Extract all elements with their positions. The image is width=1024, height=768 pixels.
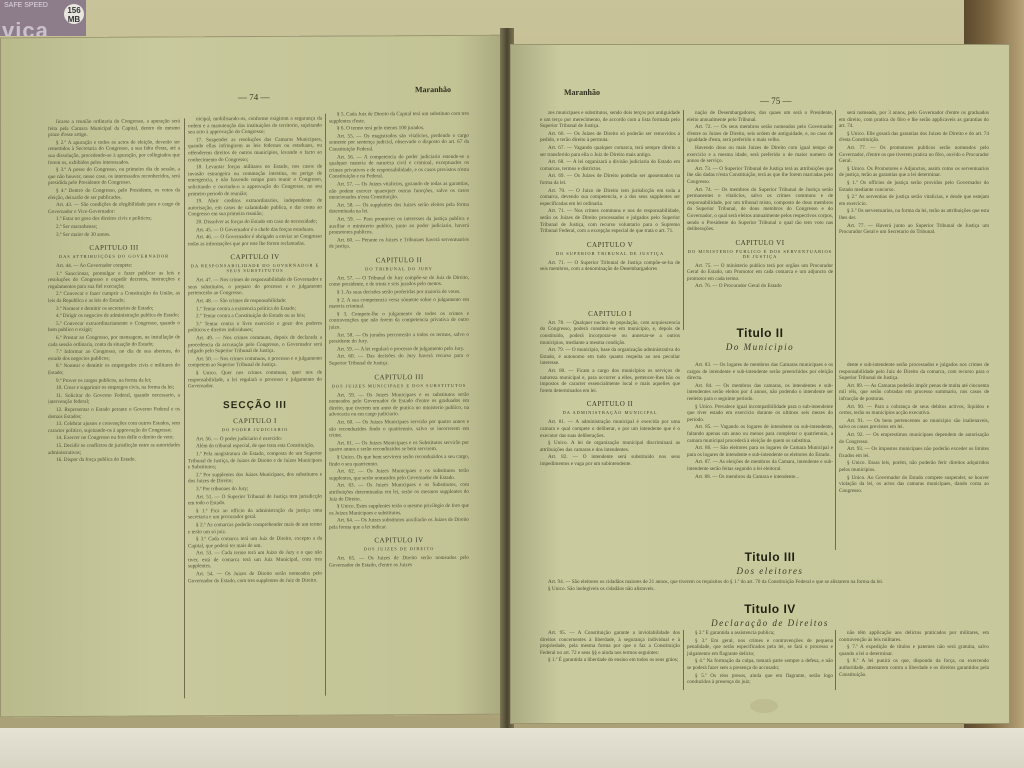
paragraph: Art. 69. — Os Juizes de Direito poderão … [540,173,680,186]
paragraph: 16. Dispor da força publica do Estado. [48,457,180,464]
paragraph: Art. 82. — O intendente será substituido… [540,454,680,467]
paragraph: 14. Exercer no Congresso ou fora delle o… [48,435,180,442]
titulo-heading: Titulo II [680,326,840,340]
chapter-heading: CAPITULO IV [188,253,322,262]
right-column-3: será nomeado, por 3 annos, pelo Governad… [839,110,989,335]
paragraph: Art. 61. — Os Juizes Municipaes e os Sub… [329,440,469,454]
column-rule [683,110,684,330]
paragraph: § 7.º A expedição de títulos e patentes … [839,644,989,657]
paragraph: § Unico. Os que bem servirem serão recon… [329,454,469,468]
paragraph: Art. 83. — Os logares de membros das Cam… [687,362,833,382]
paragraph: § 3.º Em geral, nos crimes e contravençõ… [687,638,833,658]
paragraph: será nomeado, por 3 annos, pelo Governad… [839,110,989,130]
chapter-subheading: DAS ATTRIBUIÇÕES DO GOVERNADOR [48,253,180,259]
chapter-heading: CAPITULO IV [329,536,469,545]
paragraph: Art. 67. — Vagando qualquer comarca, ter… [540,145,680,158]
paragraph: Art. 54. — Os Juizes de Direito serão no… [188,571,322,585]
table-surface [0,728,1024,768]
paragraph: Art. 59. — Para promover os interesses d… [329,216,469,237]
chapter-subheading: DOS JUIZES DE DIREITO [329,546,469,552]
paragraph: § Unico. Ao Governador do Estado compete… [839,475,989,495]
paragraph: 13. Celebrar ajustes e convenções com ou… [48,421,180,435]
paragraph: Art. 85. — Vagando os logares de intende… [687,424,833,444]
chapter-subheading: DO MINISTERIO PUBLICO E DOS SERVENTUARIO… [687,249,833,259]
titulo-subheading: Do Municipio [680,342,840,352]
titulo3-text: Art. 94. — São eleitores os cidadãos mai… [540,579,990,592]
paragraph: Art. 60. — Perante os Juizes e Tribunaes… [329,237,469,251]
left-column-3: § 5. Cada Juiz de Direito da Capital ter… [329,111,469,697]
text-block: nação de Desembargadores, dos quaes um s… [687,110,833,233]
paragraph: Art. 79. — O municipio, base da organiza… [540,347,680,367]
paragraph: § 6. O termo terá pelo menos 100 jurados… [329,125,469,132]
paragraph: Art. 64. — Os Juizes substitutos auxilia… [329,517,469,531]
column-rule [184,118,185,698]
paragraph: 3.º Por tribunaes do Jury; [188,486,322,493]
paragraph: § 2.º As comarcas poderão comprehender m… [188,522,322,536]
paragraph: Art. 44. — Ao Governador compete: [48,262,180,269]
chapter-subheading: DOS JUIZES MUNICIPAES E DOS SUBSTITUTOS [329,382,469,388]
paragraph: Art. 45. — O Governador é o chefe das fo… [188,226,322,233]
running-head: Maranhão [564,88,600,97]
text-block: Art. 75. — O ministerio publico terá por… [687,263,833,290]
right-column-3-lower: dente e sub-intendente serão processados… [839,362,989,542]
right-column-1: zes municipaes e substitutos, sendo dois… [540,110,680,550]
titulo4-column-1: Art. 95. — A Constituição garante a invi… [540,630,680,690]
paragraph: Art. 81. — A administração municipal é e… [540,419,680,439]
page-number: — 74 — [238,92,270,102]
paragraph: Art. 74. — Os membros do Superior Tribun… [687,187,833,233]
chapter-subheading: DO SUPERIOR TRIBUNAL DE JUSTIÇA [540,251,680,256]
column-rule [835,630,836,690]
paragraph: Art. 88. — Os membros da Camara e intend… [687,474,833,481]
left-column-1: licarse a reunião ordinaria do Congresso… [48,118,180,704]
paragraph: § 3. Compete-lhe o julgamento de todos o… [329,311,469,332]
paragraph: zes municipaes e substitutos, sendo dois… [540,110,680,130]
paragraph: Art. 47. — Nos crimes de responsabilidad… [188,277,322,297]
paragraph: Art. 62. — Os Juizes Municipaes e os sub… [329,468,469,482]
paragraph: 1.º Sanccionar, promulgar e fazer public… [48,270,180,290]
paragraph: 5.º Convocar extraordinariamente o Congr… [48,320,180,334]
paragraph: Art. 80. — Ficam a cargo dos municipios … [540,368,680,394]
paragraph: § Unico. Os Promotores e Adjunctos, assi… [839,166,989,179]
paragraph: 11. Solicitar do Governo Federal, quando… [48,392,180,406]
paragraph: § 2.º As serventias de justiça serão vit… [839,194,989,207]
paragraph: Art. 55. — Os magistrados são vitalicios… [329,133,469,154]
titulo4-column-2: § 2.º É garantida a assistencia publica;… [687,630,833,690]
paragraph: Art. 91. — Os bens pertencentes ao munic… [839,418,989,431]
paper-stain [750,699,778,713]
paragraph: 3.º Tentar contra o livre exercicio e go… [188,320,322,334]
titulo-subheading: Declaração de Direitos [690,618,850,628]
paragraph: Art. 43. — São condições de elegibilidad… [48,202,180,216]
paragraph: 1.º Tentar contra a existencia politica … [188,305,322,312]
paragraph: § 5.º Os réos presos, ainda que em flagr… [687,673,833,686]
paragraph: Havendo dous ou mais Juizes de Direito c… [687,145,833,165]
chapter-subheading: DA RESPONSABILIDADE DO GOVERNADOR E SEUS… [188,263,322,274]
paragraph: nicipal, mobilisando-os, conforme exigir… [188,116,322,136]
paragraph: Além do tribunal especial, de que trata … [188,443,322,450]
text-block: Art. 83. — Os logares de membros das Cam… [687,362,833,480]
paragraph: Art. 60. — Os Juizes Municipaes servirão… [329,419,469,440]
page-number: — 75 — [760,96,792,106]
paragraph: § 3.º Cada comarca terá um Juiz de Direi… [188,536,322,550]
paragraph: 3.º Nomear e demittir os secretarios de … [48,305,180,312]
paragraph: 1.º Pela magistratura do Estado, compost… [188,451,322,471]
titulo4-column-3: não têm applicação aos delictos praticad… [839,630,989,690]
paragraph: Art. 50. — Nos crimes communs, o process… [188,355,322,369]
text-block: § 5. Cada Juiz de Direito da Capital ter… [329,111,469,251]
paragraph: Art. 71. — Nos crimes communs e nos de r… [540,208,680,234]
paragraph: Art. 84. — Os membros das camaras, os in… [687,383,833,403]
paragraph: Art. 56. — A competencia do poder judici… [329,153,469,180]
paragraph: não têm applicação aos delictos praticad… [839,630,989,643]
text-block: Art. 81. — A administração municipal é e… [540,419,680,467]
text-block: Art. 44. — Ao Governador compete:1.º San… [48,262,180,463]
paragraph: § 8.º A lei punirá os que, dispondo da f… [839,658,989,678]
paragraph: 7.º Informar ao Congresso, no dia de sua… [48,349,180,363]
paragraph: Art. 46. — O Governador é obrigado a env… [188,234,322,248]
paragraph: 2.º Por supplentes dos Juizes Municipaes… [188,471,322,485]
text-block: Art. 65. — Os Juizes de Direito serão no… [329,555,469,569]
paragraph: Art. 94. — São eleitores os cidadãos mai… [540,579,990,586]
chapter-heading: CAPITULO VI [687,239,833,247]
column-rule [325,114,326,696]
column-rule [835,110,836,550]
titulo-heading: Titulo IV [690,602,850,616]
paragraph: Art. 56. — O poder judiciario é exercido… [188,435,322,442]
paragraph: Art. 73. — O Superior Tribunal de Justiç… [687,166,833,186]
paragraph: Art. 71. — O Superior Tribunal de Justiç… [540,260,680,273]
left-column-2: nicipal, mobilisando-os, conforme exigir… [188,116,322,702]
chapter-subheading: DO PODER JUDICIARIO [188,426,322,432]
paragraph: Art. 93. — Os impostos municipaes não po… [839,446,989,459]
paragraph: § 1.º Fica ao officio da administração d… [188,507,322,521]
text-block: Art. 56. — O poder judiciario é exercido… [188,435,322,584]
paragraph: § 3.º A posse do Congresso, ou primeiro … [48,167,180,187]
paragraph: § 3.º Os serventuarios, na forma da lei,… [839,208,989,221]
paragraph: Art. 53. — Cada termo terá um Juizo de J… [188,550,322,570]
paragraph: 18. Levantar forças militares no Estado,… [188,164,322,198]
chapter-subheading: DO TRIBUNAL DO JURY [329,266,469,272]
right-page: Maranhão — 75 — zes municipaes e substit… [510,44,1010,724]
paragraph: Art. 59. — Os Juizes Municipaes e os sub… [329,391,469,418]
paragraph: licarse a reunião ordinaria do Congresso… [48,118,180,138]
paragraph: Art. 59. — A lei regulará o processo de … [329,346,469,353]
paragraph: 19. Abrir creditos extraordinarios, inde… [188,198,322,218]
open-book: — 74 — Maranhão licarse a reunião ordina… [0,28,1010,728]
titulo-heading: Titulo III [690,550,850,564]
paragraph: 4.º Dirigir os negocios de administração… [48,313,180,320]
chapter-subheading: DA ADMINISTRAÇÃO MUNICIPAL [540,410,680,415]
paragraph: Art. 75. — O ministerio publico terá por… [687,263,833,283]
paragraph: § 4.º Dentro do Congresso, pelo Presiden… [48,187,180,201]
paragraph: 3.º Ser maior de 30 annos. [48,231,180,238]
text-block: Art. 47. — Nos crimes de responsabilidad… [188,277,322,390]
paragraph: § 1. As suas decisões serão proferidas p… [329,289,469,296]
paragraph: 2.º Tentar contra a Constituição do Esta… [188,313,322,320]
paragraph: Art. 57. — O Tribunal do Jury compõe-se … [329,275,469,289]
paragraph: Art. 68. — A lei organizará a divisão ju… [540,159,680,172]
paragraph: Art. 57. — Os Juizes vitalicios, gozando… [329,181,469,202]
titulo-subheading: Dos eleitores [690,566,850,576]
paragraph: Art. 92. — Os emprestimos municipaes dep… [839,432,989,445]
paragraph: 8.º Nomear e demittir os empregados civi… [48,363,180,377]
text-block: zes municipaes e substitutos, sendo dois… [540,110,680,235]
paragraph: Art. 77. — Os promotores publicos serão … [839,145,989,165]
paragraph: 10. Crear e supprimir os empregos civis,… [48,385,180,392]
paragraph: Art. 76. — O Procurador Geral do Estado [687,283,833,290]
paragraph: Art. 87. — As eleições de membros da Cam… [687,459,833,472]
paragraph: § 4.º Na formação da culpa, tomará parte… [687,658,833,671]
paragraph: Art. 65. — Os Juizes de Direito serão no… [329,555,469,569]
paragraph: Art. 70. — O Juizo de Direito tem jurisd… [540,188,680,208]
paragraph: § 1.º É garantida a liberdade do ensino … [540,657,680,664]
paragraph: § Unico. Prevalece igual incompatibilida… [687,404,833,424]
paragraph: § Unico. Essas leis, porém, não poderão … [839,460,989,473]
paragraph: Art. 58. — Os jurados percorrerão a todo… [329,331,469,345]
paragraph: 6.º Prestar ao Congresso, por mensagem, … [48,334,180,348]
chapter-heading: CAPITULO II [329,256,469,265]
text-block: dente e sub-intendente serão processados… [839,362,989,494]
paragraph: dente e sub-intendente serão processados… [839,362,989,382]
paragraph: 12. Representar o Estado perante o Gover… [48,406,180,420]
paragraph: 2.º Ser maranhense; [48,223,180,230]
text-block: nicipal, mobilisando-os, conforme exigir… [188,116,322,248]
paragraph: § 1.º Os officios de justiça serão provi… [839,180,989,193]
text-block: Art. 59. — Os Juizes Municipaes e os sub… [329,391,469,531]
paragraph: Art. 51. — O Superior Tribunal de Justiç… [188,493,322,507]
paragraph: 20. Dissolver as forças do Estado em cas… [188,219,322,226]
paragraph: § Unico. São inelegiveis os cidadãos não… [540,586,990,593]
right-column-2-lower: Art. 83. — Os logares de membros das Cam… [687,362,833,542]
magazine-tiny-text: SAFE SPEED [4,2,48,9]
paragraph: Art. 72. — Os seus membros serão nomeado… [687,124,833,144]
paragraph: 17. Suspender as resoluções das Camaras … [188,136,322,163]
paragraph: Art. 95. — A Constituição garante a invi… [540,630,680,656]
paragraph: Art. 90. — Para a cobrança de seus debit… [839,404,989,417]
paragraph: 1.º Estar no goso dos direitos civis e p… [48,216,180,223]
paragraph: § Unico. Estes supplentes terão o mesmo … [329,503,469,517]
chapter-heading: CAPITULO V [540,241,680,249]
chapter-heading: CAPITULO III [329,372,469,381]
chapter-heading: CAPITULO III [48,243,180,252]
chapter-heading: CAPITULO I [540,310,680,318]
chapter-heading: CAPITULO I [188,416,322,425]
text-block: licarse a reunião ordinaria do Congresso… [48,118,180,238]
paragraph: Art. 77. — Haverá junto ao Superior Trib… [839,223,989,236]
paragraph: 2.º Convocar e fazer cumprir a Constitui… [48,291,180,305]
paragraph: 9.º Prover os cargos publicos, na forma … [48,377,180,384]
column-rule [683,630,684,690]
paragraph: § Unico. Quer nos crimes communs, quer n… [188,370,322,390]
chapter-heading: CAPITULO II [540,400,680,408]
paragraph: § Unico. Elle gosará das garantias dos J… [839,131,989,144]
text-block: Art. 71. — O Superior Tribunal de Justiç… [540,260,680,273]
paragraph: Art. 86. — São eleitores para os logares… [687,445,833,458]
left-page: — 74 — Maranhão licarse a reunião ordina… [0,35,505,718]
paragraph: Art. 48. — São crimes de responsabilidad… [188,298,322,305]
paragraph: nação de Desembargadores, dos quaes um s… [687,110,833,123]
paragraph: Art. 58. — Os supplentes dos Juizes serã… [329,202,469,216]
paragraph: § Unico. A lei de organização municipal … [540,440,680,453]
paragraph: § 2. A sua competencia versa sómente sob… [329,297,469,311]
text-block: Art. 78. — Qualquer nucleo de população,… [540,320,680,395]
text-block: será nomeado, por 3 annos, pelo Governad… [839,110,989,236]
paragraph: Art. 66. — Os Juizes de Direito só poder… [540,131,680,144]
paragraph: § 5. Cada Juiz de Direito da Capital ter… [329,111,469,125]
right-column-2: nação de Desembargadores, dos quaes um s… [687,110,833,320]
paragraph: Art. 63. — Os Juizes Municipaes e os Sub… [329,482,469,503]
paragraph: Art. 49. — Nos crimes communs, depois de… [188,335,322,355]
section-heading: SECÇÃO III [188,399,322,411]
running-head: Maranhão [415,85,451,94]
paragraph: Art. 89. — As Camaras poderão impôr pena… [839,383,989,403]
paragraph: § 2.º A apuração e todos os actos de ele… [48,139,180,166]
paragraph: Art. 60. — Das decisões do Jury haverá r… [329,353,469,367]
magazine-badge: 156MB [64,4,84,24]
paragraph: Art. 78. — Qualquer nucleo de população,… [540,320,680,346]
paragraph: 15. Decidir os conflictos de jurisdicção… [48,442,180,456]
text-block: Art. 57. — O Tribunal do Jury compõe-se … [329,275,469,367]
paragraph: § 2.º É garantida a assistencia publica; [687,630,833,637]
